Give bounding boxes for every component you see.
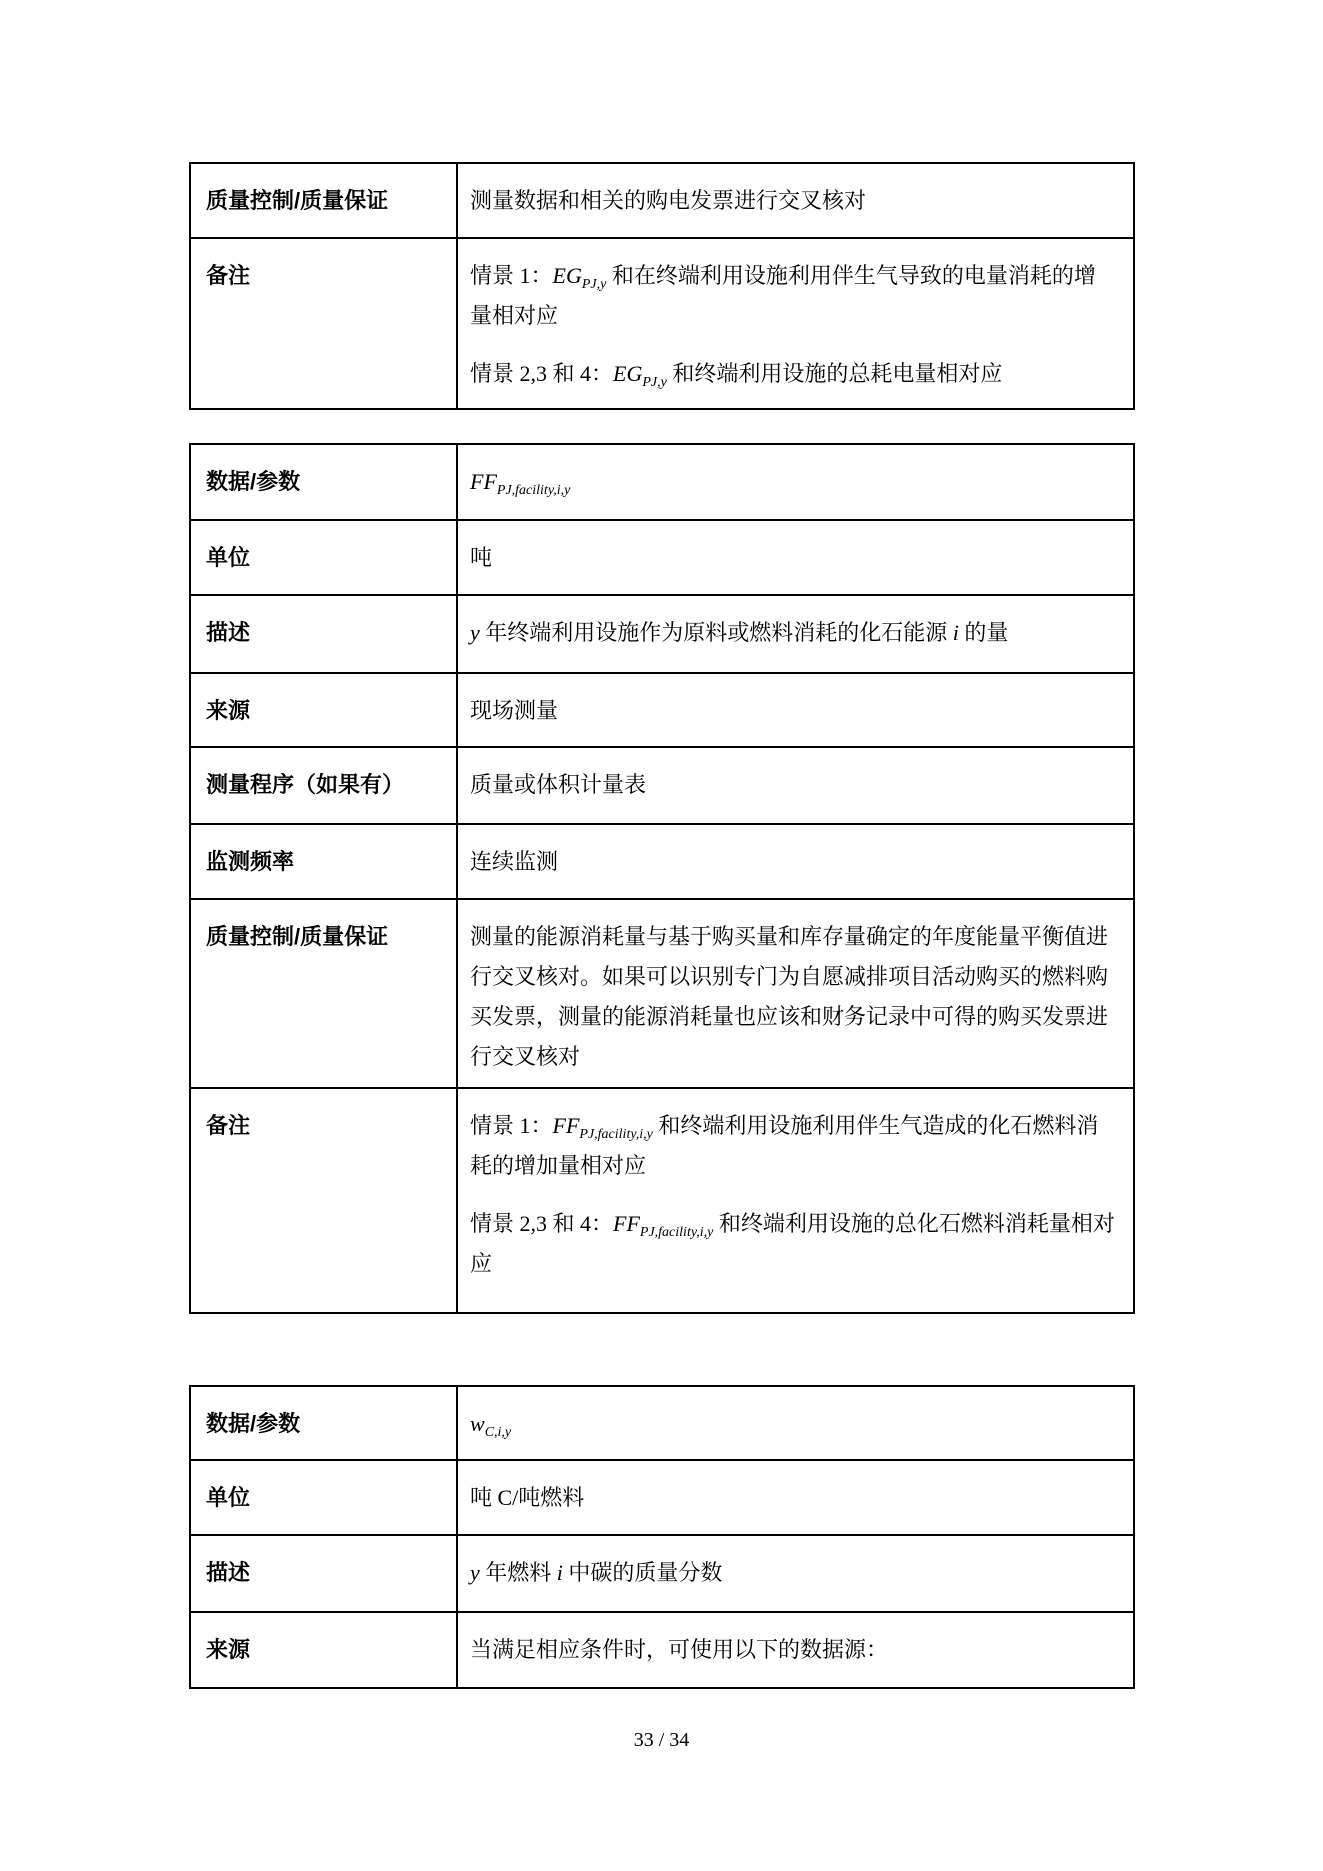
table-row: 描述 y 年燃料 i 中碳的质量分数 [190,1535,1134,1612]
param-label: 数据/参数 [190,444,457,520]
param-value: FFPJ,facility,i,y [457,444,1134,520]
table-row: 来源 现场测量 [190,673,1134,747]
document-page: 质量控制/质量保证 测量数据和相关的购电发票进行交叉核对 备注 情景 1：EGP… [0,0,1323,1871]
source-value: 现场测量 [457,673,1134,747]
table-row: 数据/参数 wC,i,y [190,1386,1134,1460]
source-value: 当满足相应条件时，可使用以下的数据源： [457,1612,1134,1688]
unit-value: 吨 C/吨燃料 [457,1460,1134,1535]
table-row: 备注 情景 1：FFPJ,facility,i,y 和终端利用设施利用伴生气造成… [190,1088,1134,1313]
scenario-prefix: 情景 2,3 和 4： [470,361,613,386]
remark-label: 备注 [190,238,457,409]
parameter-symbol: EGPJ,y [553,263,607,288]
qaqc-label: 质量控制/质量保证 [190,899,457,1088]
parameter-symbol: EGPJ,y [613,361,667,386]
description-label: 描述 [190,595,457,673]
variable-y: y [470,620,480,645]
description-text: 年终端利用设施作为原料或燃料消耗的化石能源 [480,620,953,645]
qaqc-value: 测量的能源消耗量与基于购买量和库存量确定的年度能量平衡值进行交叉核对。如果可以识… [457,899,1134,1088]
parameter-table-2: 数据/参数 FFPJ,facility,i,y 单位 吨 描述 y 年终端利用设… [189,443,1135,1314]
description-label: 描述 [190,1535,457,1612]
qaqc-label: 质量控制/质量保证 [190,163,457,238]
variable-y: y [470,1560,480,1585]
description-text: 中碳的质量分数 [563,1560,723,1585]
table-row: 来源 当满足相应条件时，可使用以下的数据源： [190,1612,1134,1688]
table-row: 测量程序（如果有） 质量或体积计量表 [190,747,1134,824]
unit-label: 单位 [190,520,457,595]
remark-label: 备注 [190,1088,457,1313]
frequency-label: 监测频率 [190,824,457,899]
parameter-table-3: 数据/参数 wC,i,y 单位 吨 C/吨燃料 描述 y 年燃料 i 中碳的质量… [189,1385,1135,1689]
parameter-symbol: FFPJ,facility,i,y [613,1211,713,1236]
source-label: 来源 [190,1612,457,1688]
remark-scenario-1: 情景 1：EGPJ,y 和在终端利用设施利用伴生气导致的电量消耗的增量相对应 [470,256,1117,336]
table-row: 数据/参数 FFPJ,facility,i,y [190,444,1134,520]
parameter-symbol: FFPJ,facility,i,y [553,1113,653,1138]
procedure-value: 质量或体积计量表 [457,747,1134,824]
table-row: 描述 y 年终端利用设施作为原料或燃料消耗的化石能源 i 的量 [190,595,1134,673]
description-text: 年燃料 [480,1560,557,1585]
description-value: y 年燃料 i 中碳的质量分数 [457,1535,1134,1612]
parameter-symbol: wC,i,y [470,1411,511,1436]
remark-value: 情景 1：EGPJ,y 和在终端利用设施利用伴生气导致的电量消耗的增量相对应 情… [457,238,1134,409]
remark-scenario-1: 情景 1：FFPJ,facility,i,y 和终端利用设施利用伴生气造成的化石… [470,1106,1117,1186]
remark-scenario-2: 情景 2,3 和 4：EGPJ,y 和终端利用设施的总耗电量相对应 [470,354,1117,394]
qaqc-value: 测量数据和相关的购电发票进行交叉核对 [457,163,1134,238]
description-value: y 年终端利用设施作为原料或燃料消耗的化石能源 i 的量 [457,595,1134,673]
table-row: 单位 吨 C/吨燃料 [190,1460,1134,1535]
unit-label: 单位 [190,1460,457,1535]
procedure-label: 测量程序（如果有） [190,747,457,824]
frequency-value: 连续监测 [457,824,1134,899]
table-row: 质量控制/质量保证 测量的能源消耗量与基于购买量和库存量确定的年度能量平衡值进行… [190,899,1134,1088]
scenario-prefix: 情景 1： [470,1113,553,1138]
remark-scenario-2: 情景 2,3 和 4：FFPJ,facility,i,y 和终端利用设施的总化石… [470,1204,1117,1284]
unit-value: 吨 [457,520,1134,595]
parameter-symbol: FFPJ,facility,i,y [470,469,570,494]
remark-value: 情景 1：FFPJ,facility,i,y 和终端利用设施利用伴生气造成的化石… [457,1088,1134,1313]
param-label: 数据/参数 [190,1386,457,1460]
description-text: 的量 [959,620,1009,645]
table-row: 备注 情景 1：EGPJ,y 和在终端利用设施利用伴生气导致的电量消耗的增量相对… [190,238,1134,409]
source-label: 来源 [190,673,457,747]
parameter-table-1: 质量控制/质量保证 测量数据和相关的购电发票进行交叉核对 备注 情景 1：EGP… [189,162,1135,410]
param-value: wC,i,y [457,1386,1134,1460]
scenario-text: 和终端利用设施的总耗电量相对应 [667,361,1003,386]
table-row: 质量控制/质量保证 测量数据和相关的购电发票进行交叉核对 [190,163,1134,238]
scenario-prefix: 情景 2,3 和 4： [470,1211,613,1236]
table-row: 单位 吨 [190,520,1134,595]
table-row: 监测频率 连续监测 [190,824,1134,899]
page-number: 33 / 34 [0,1726,1323,1754]
scenario-prefix: 情景 1： [470,263,553,288]
